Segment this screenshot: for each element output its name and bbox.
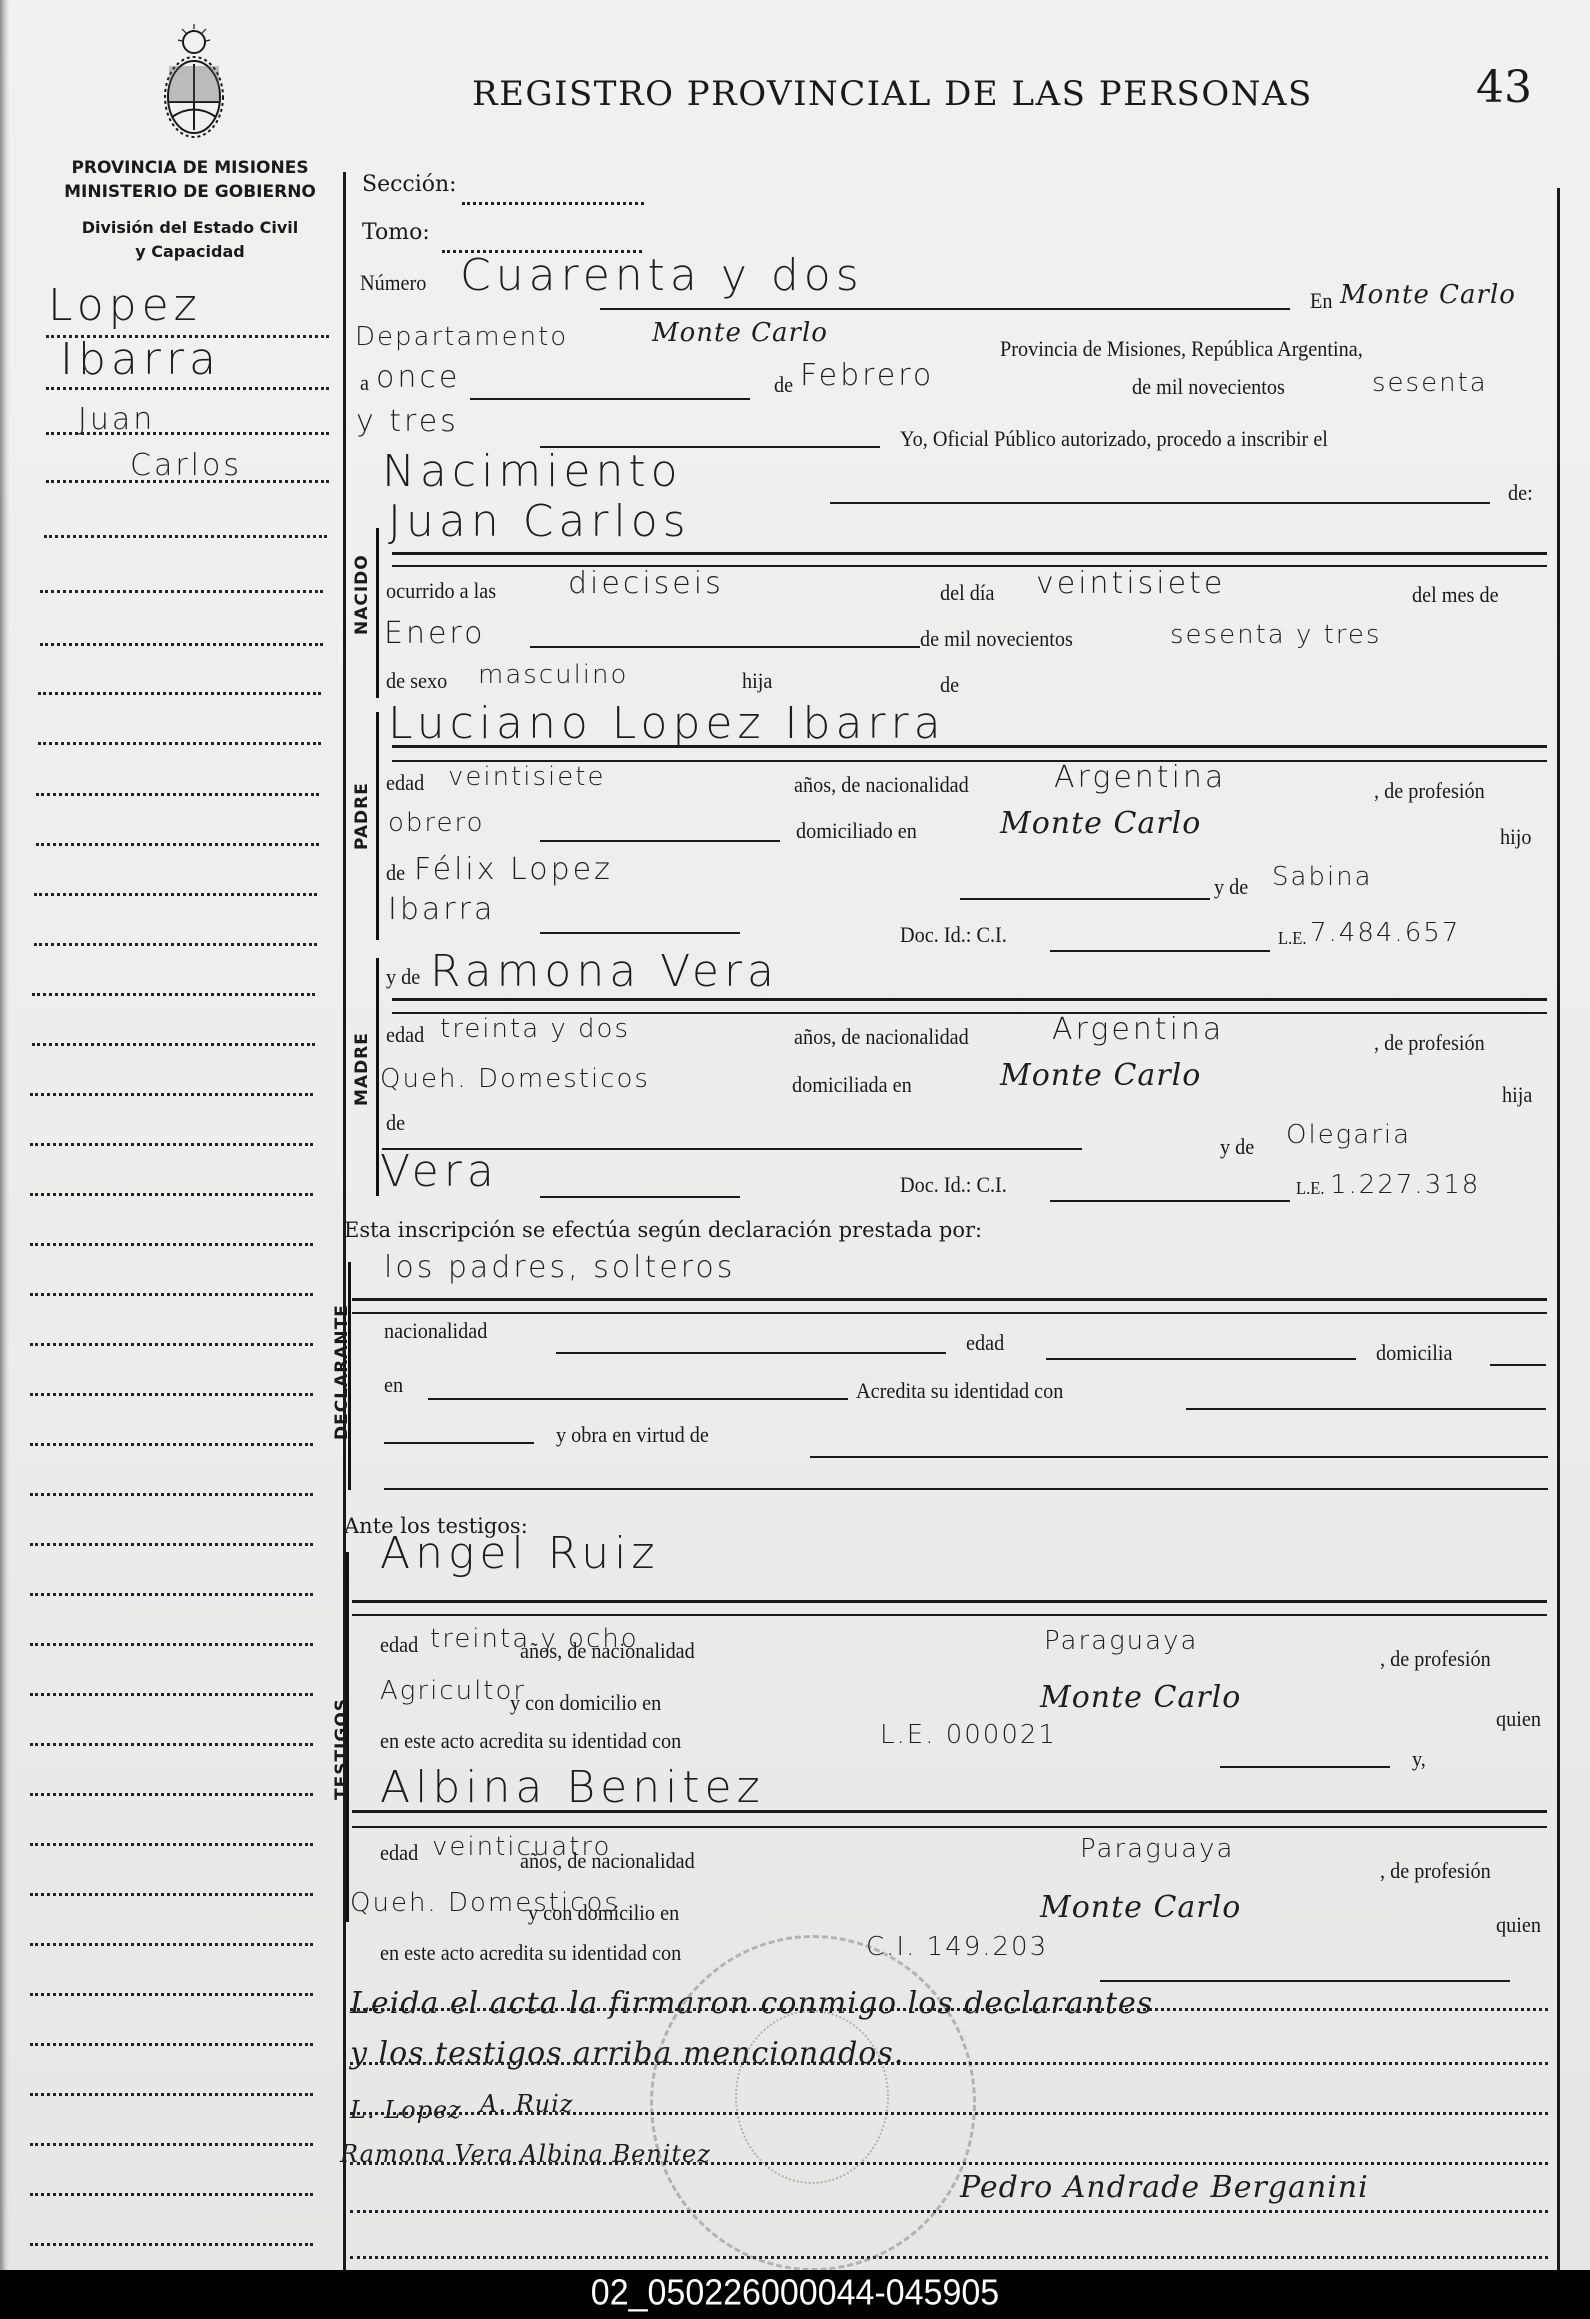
numero-value: Cuarenta y dos — [460, 250, 864, 301]
mother-profession: Queh. Domesticos — [380, 1064, 650, 1094]
padre-bracket — [376, 712, 379, 940]
provincia-text: Provincia de Misiones, República Argenti… — [1000, 336, 1363, 362]
padre-le-label: L.E. — [1278, 928, 1307, 949]
signature-father: L. Lopez — [350, 2096, 462, 2124]
section-label-declarante: DECLARANTE — [332, 1304, 352, 1440]
inscription-year-1: sesenta — [1372, 368, 1488, 398]
witness1-nationality: Paraguaya — [1044, 1626, 1198, 1656]
mother-name: Ramona Vera — [430, 946, 779, 997]
padre-de-label: de — [386, 860, 405, 886]
witness1-profession: Agricultor — [380, 1676, 526, 1706]
section-label-madre: MADRE — [352, 1032, 372, 1106]
margin-given-2: Carlos — [130, 448, 242, 483]
signature-official: Pedro Andrade Berganini — [960, 2170, 1369, 2205]
father-name: Luciano Lopez Ibarra — [388, 698, 946, 749]
witness1-address: Monte Carlo — [1040, 1680, 1241, 1715]
birth-month: Enero — [384, 616, 485, 651]
margin-given-1: Juan — [78, 402, 155, 437]
w1-edad-label: edad — [380, 1632, 418, 1658]
witness2-nationality: Paraguaya — [1080, 1834, 1234, 1864]
madre-le-label: L.E. — [1296, 1178, 1325, 1199]
issuer-capacity: y Capacidad — [40, 242, 340, 261]
declarante-obra-label: y obra en virtud de — [556, 1422, 709, 1448]
en-label: En — [1310, 288, 1332, 314]
de-colon-label: de: — [1508, 480, 1533, 506]
section-label-nacido: NACIDO — [352, 554, 372, 635]
w2-edad-label: edad — [380, 1840, 418, 1866]
declarante-nacionalidad-label: nacionalidad — [384, 1318, 487, 1344]
section-label-testigos: TESTIGOS — [332, 1698, 352, 1800]
mother-address: Monte Carlo — [1000, 1058, 1201, 1093]
issuer-division: División del Estado Civil — [40, 218, 340, 237]
margin-surname-1: Lopez — [48, 280, 202, 331]
declarante-edad-field[interactable] — [1046, 1358, 1356, 1360]
father-nationality: Argentina — [1054, 760, 1226, 795]
madre-de-label: de — [386, 1110, 405, 1136]
seccion-field[interactable] — [462, 202, 644, 205]
padre-doc-label: Doc. Id.: C.I. — [900, 922, 1007, 948]
del-mes-label: del mes de — [1412, 582, 1499, 608]
sexo-label: de sexo — [386, 668, 447, 694]
hijo-label: hija — [742, 668, 772, 694]
madre-prof-label: , de profesión — [1374, 1030, 1485, 1056]
w1-quien-label: quien — [1496, 1706, 1541, 1732]
document-page: REGISTRO PROVINCIAL DE LAS PERSONAS 43 P… — [0, 0, 1590, 2270]
inscription-year-2: y tres — [356, 404, 459, 439]
del-dia-label: del día — [940, 580, 995, 606]
paternal-grandfather: Félix Lopez — [414, 852, 613, 887]
declarante-domicilia-label: domicilia — [1376, 1340, 1452, 1366]
paternal-grandmother-1: Sabina — [1272, 862, 1373, 892]
padre-hijo-label: hijo — [1500, 824, 1531, 850]
w2-dom-label: y con domicilio en — [528, 1900, 679, 1926]
padre-y-de-label: y de — [1214, 874, 1248, 900]
departamento-prefix: Departamento — [355, 322, 568, 352]
declarante-en-field[interactable] — [428, 1398, 848, 1400]
madre-edad-label: edad — [386, 1022, 424, 1048]
w1-y-label: y, — [1412, 1746, 1426, 1772]
mother-le-number: 1.227.318 — [1330, 1170, 1480, 1200]
declarante-nacionalidad-field[interactable] — [556, 1352, 946, 1354]
page-number: 43 — [1476, 62, 1532, 113]
acto-value: Nacimiento — [382, 446, 683, 497]
madre-hija-label: hija — [1502, 1082, 1532, 1108]
de-label: de — [774, 372, 793, 398]
section-label-padre: PADRE — [352, 782, 372, 850]
issuer-province: PROVINCIA DE MISIONES — [40, 158, 340, 178]
padre-edad-label: edad — [386, 770, 424, 796]
w1-nac-label: años, de nacionalidad — [520, 1638, 695, 1664]
father-age: veintisiete — [448, 762, 605, 792]
declarante-identidad-field[interactable] — [1186, 1408, 1546, 1410]
birth-hour: dieciseis — [568, 566, 724, 601]
father-address: Monte Carlo — [1000, 806, 1201, 841]
mother-age: treinta y dos — [440, 1014, 630, 1044]
madre-dom-label: domiciliada en — [792, 1072, 912, 1098]
scan-id-footer: 02_050226000044-045905 — [0, 2270, 1590, 2319]
paternal-grandmother-2: Ibarra — [388, 892, 495, 927]
declarante-edad-label: edad — [966, 1330, 1004, 1356]
maternal-grandmother-2: Vera — [380, 1146, 499, 1197]
madre-nac-label: años, de nacionalidad — [794, 1024, 969, 1050]
margin-surname-2: Ibarra — [60, 334, 221, 385]
declarante-acredita-label: Acredita su identidad con — [856, 1378, 1063, 1404]
nacido-bracket — [376, 528, 379, 698]
numero-label: Número — [360, 270, 426, 296]
w1-acredita-label: en este acto acredita su identidad con — [380, 1728, 681, 1754]
birth-day: veintisiete — [1036, 566, 1225, 601]
issuer-ministry: MINISTERIO DE GOBIERNO — [40, 182, 340, 202]
father-profession: obrero — [388, 808, 485, 838]
argentina-coat-of-arms-icon — [158, 22, 230, 150]
padre-dom-label: domiciliado en — [796, 818, 917, 844]
birth-mil-label: de mil novecientos — [920, 626, 1073, 652]
nacido-de-label: de — [940, 672, 959, 698]
witness1-document: L.E. 000021 — [880, 1720, 1057, 1750]
scan-edge-shadow — [0, 0, 10, 2270]
madre-y-de-label-2: y de — [1220, 1134, 1254, 1160]
mil-novecientos-label: de mil novecientos — [1132, 374, 1285, 400]
mother-nationality: Argentina — [1052, 1012, 1224, 1047]
w2-acredita-label: en este acto acredita su identidad con — [380, 1940, 681, 1966]
w2-prof-label: , de profesión — [1380, 1858, 1491, 1884]
padre-prof-label: , de profesión — [1374, 778, 1485, 804]
signature-mother: Ramona Vera — [340, 2140, 514, 2168]
madre-doc-label: Doc. Id.: C.I. — [900, 1172, 1007, 1198]
document-title: REGISTRO PROVINCIAL DE LAS PERSONAS — [472, 74, 1313, 114]
oficial-text: Yo, Oficial Público autorizado, procedo … — [900, 426, 1328, 452]
maternal-grandmother-1: Olegaria — [1286, 1120, 1411, 1150]
birth-year: sesenta y tres — [1170, 620, 1381, 650]
witness1-name: Angel Ruiz — [380, 1528, 659, 1579]
declarante-obra-field[interactable] — [810, 1456, 1548, 1458]
signature-witness1: A. Ruiz — [480, 2090, 573, 2118]
padre-nac-label: años, de nacionalidad — [794, 772, 969, 798]
tomo-label: Tomo: — [362, 220, 430, 245]
sexo-value: masculino — [478, 660, 628, 690]
seccion-label: Sección: — [362, 172, 457, 197]
child-name: Juan Carlos — [388, 496, 691, 547]
inscription-day: once — [376, 360, 460, 395]
w1-prof-label: , de profesión — [1380, 1646, 1491, 1672]
declarante-en-label: en — [384, 1372, 403, 1398]
a-label: a — [360, 370, 369, 396]
w2-quien-label: quien — [1496, 1912, 1541, 1938]
ocurrido-label: ocurrido a las — [386, 578, 496, 604]
witness2-address: Monte Carlo — [1040, 1890, 1241, 1925]
official-seal-inner-ring — [735, 2010, 889, 2184]
en-value: Monte Carlo — [1340, 280, 1516, 310]
madre-y-de-label: y de — [386, 964, 420, 990]
declaracion-value: los padres, solteros — [384, 1250, 735, 1285]
witness2-name: Albina Benitez — [380, 1762, 765, 1813]
madre-bracket — [376, 958, 379, 1196]
declaracion-intro: Esta inscripción se efectúa según declar… — [344, 1218, 982, 1242]
w2-nac-label: años, de nacionalidad — [520, 1848, 695, 1874]
inscription-month: Febrero — [800, 358, 934, 393]
departamento-value: Monte Carlo — [652, 318, 828, 348]
w1-dom-label: y con domicilio en — [510, 1690, 661, 1716]
scan-id: 02_050226000044-045905 — [0, 2273, 1590, 2314]
right-border — [1557, 188, 1560, 2270]
father-le-number: 7.484.657 — [1310, 918, 1460, 948]
